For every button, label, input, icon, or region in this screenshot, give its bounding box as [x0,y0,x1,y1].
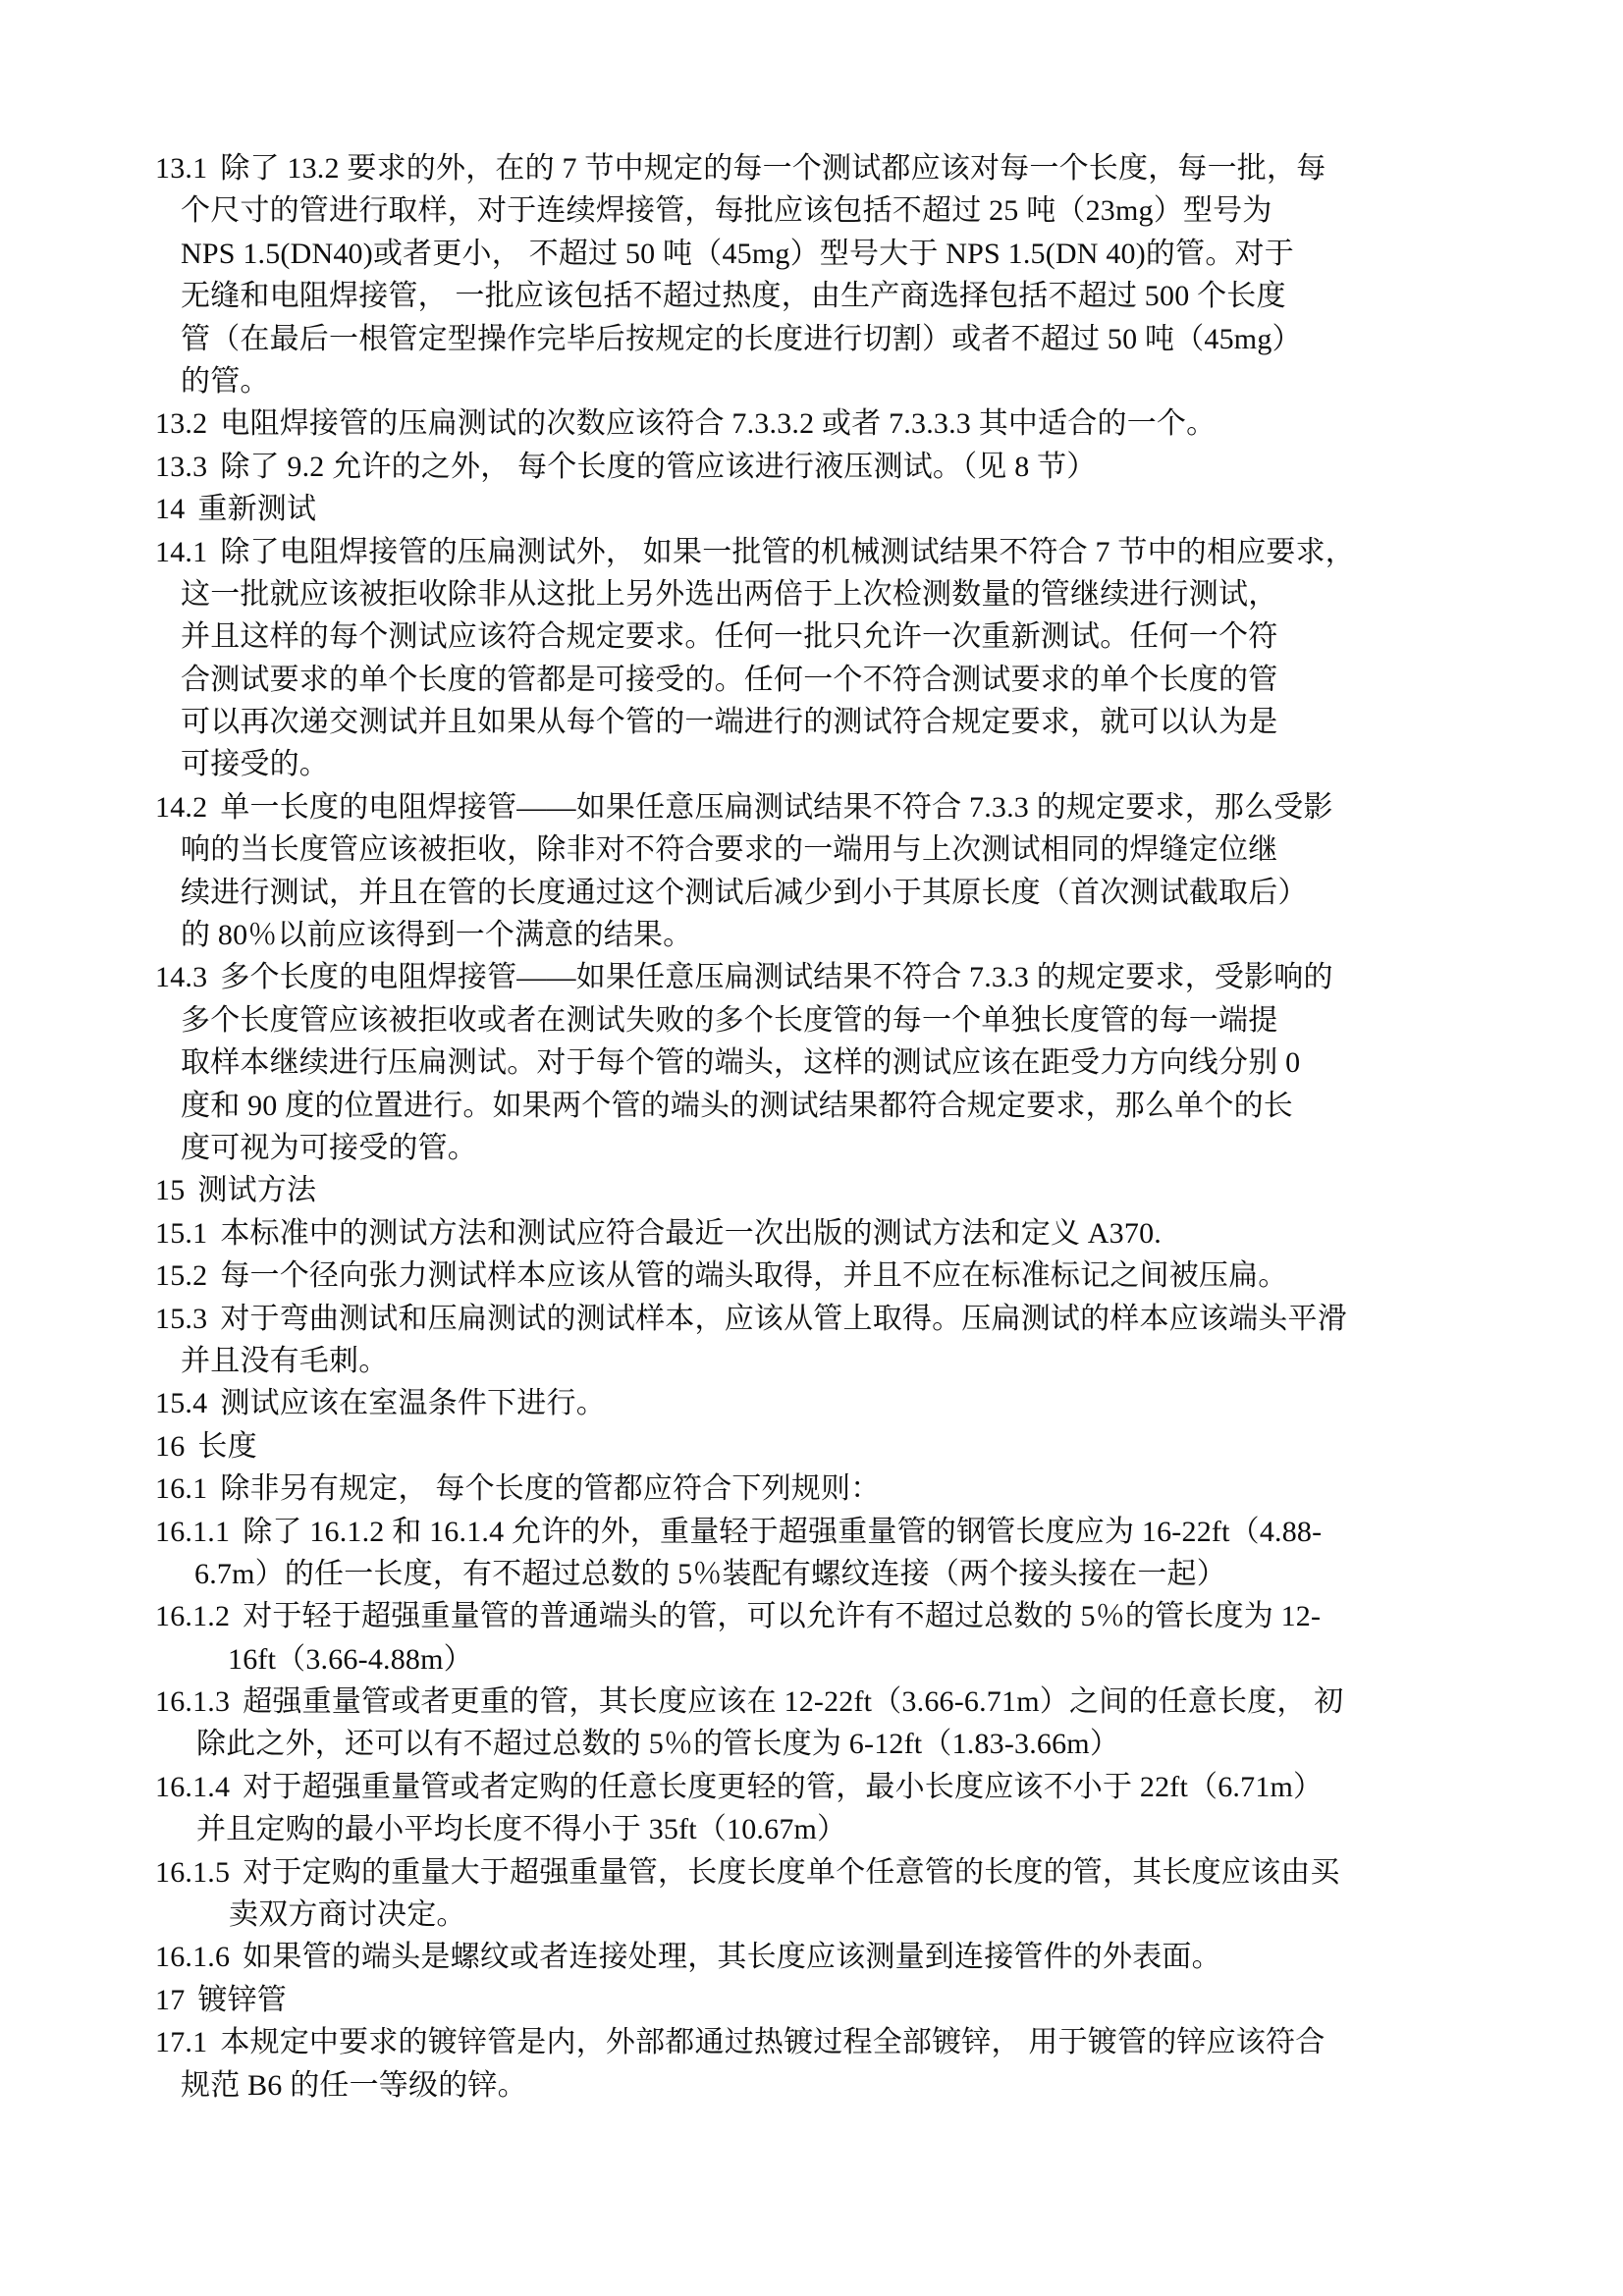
paragraph-continuation-line: 卖双方商讨决定。 [0,1894,1623,1936]
section-number: 15 [155,1169,185,1211]
paragraph-text: 除非另有规定， 每个长度的管都应符合下列规则： [220,1472,880,1505]
section-number: 14 [155,488,185,530]
paragraph-continuation-line: 16ft（3.66-4.88m） [0,1638,1623,1681]
paragraph-first-line: 16.1除非另有规定， 每个长度的管都应符合下列规则： [0,1468,1623,1510]
paragraph-continuation-line: 度和 90 度的位置进行。如果两个管的端头的测试结果都符合规定要求，那么单个的长 [0,1085,1623,1127]
paragraph-text: 测试方法 [197,1174,316,1206]
section-number: 16.1.3 [155,1681,230,1723]
paragraph-continuation-line: 规范 B6 的任一等级的锌。 [0,2064,1623,2107]
paragraph-continuation-line: 可以再次递交测试并且如果从每个管的一端进行的测试符合规定要求，就可以认为是 [0,701,1623,743]
paragraph-continuation-line: 多个长度管应该被拒收或者在测试失败的多个长度管的每一个单独长度管的每一端提 [0,999,1623,1041]
paragraph-first-line: 16.1.1除了 16.1.2 和 16.1.4 允许的外，重量轻于超强重量管的… [0,1511,1623,1553]
paragraph-text: 除了 16.1.2 和 16.1.4 允许的外，重量轻于超强重量管的钢管长度应为… [243,1516,1322,1548]
paragraph-text: 单一长度的电阻焊接管——如果任意压扁测试结果不符合 7.3.3 的规定要求，那么… [220,791,1332,824]
paragraph-text: 对于超强重量管或者定购的任意长度更轻的管，最小长度应该不小于 22ft（6.71… [243,1771,1323,1803]
section-number: 16.1 [155,1468,207,1510]
section-number: 14.2 [155,786,207,828]
paragraph-continuation-line: 6.7m）的任一长度，有不超过总数的 5％装配有螺纹连接（两个接头接在一起） [0,1553,1623,1595]
document-page: 13.1除了 13.2 要求的外，在的 7 节中规定的每一个测试都应该对每一个长… [0,0,1623,2296]
paragraph-first-line: 16.1.5对于定购的重量大于超强重量管，长度长度单个任意管的长度的管，其长度应… [0,1851,1623,1894]
paragraph-continuation-line: 的管。 [0,360,1623,402]
paragraph-continuation-line: 管（在最后一根管定型操作完毕后按规定的长度进行切割）或者不超过 50 吨（45m… [0,318,1623,360]
paragraph-first-line: 17镀锌管 [0,1979,1623,2021]
paragraph-first-line: 16.1.3超强重量管或者更重的管，其长度应该在 12-22ft（3.66-6.… [0,1681,1623,1723]
section-number: 13.2 [155,402,207,445]
section-number: 15.3 [155,1298,207,1340]
paragraph-continuation-line: 个尺寸的管进行取样，对于连续焊接管，每批应该包括不超过 25 吨（23mg）型号… [0,189,1623,232]
paragraph-first-line: 15.3对于弯曲测试和压扁测试的测试样本，应该从管上取得。压扁测试的样本应该端头… [0,1298,1623,1340]
paragraph-continuation-line: 续进行测试，并且在管的长度通过这个测试后减少到小于其原长度（首次测试截取后） [0,872,1623,914]
paragraph-continuation-line: NPS 1.5(DN40)或者更小， 不超过 50 吨（45mg）型号大于 NP… [0,233,1623,275]
paragraph-first-line: 16.1.4对于超强重量管或者定购的任意长度更轻的管，最小长度应该不小于 22f… [0,1766,1623,1808]
paragraph-text: 本规定中要求的镀锌管是内，外部都通过热镀过程全部镀锌， 用于镀管的锌应该符合 [220,2026,1325,2058]
section-number: 13.3 [155,446,207,488]
paragraph-first-line: 14重新测试 [0,488,1623,530]
section-number: 15.4 [155,1382,207,1424]
paragraph-text: 如果管的端头是螺纹或者连接处理，其长度应该测量到连接管件的外表面。 [243,1941,1221,1973]
paragraph-text: 除了 13.2 要求的外，在的 7 节中规定的每一个测试都应该对每一个长度，每一… [220,152,1325,185]
paragraph-text: 对于弯曲测试和压扁测试的测试样本，应该从管上取得。压扁测试的样本应该端头平滑 [220,1303,1347,1335]
paragraph-first-line: 13.3除了 9.2 允许的之外， 每个长度的管应该进行液压测试。（见 8 节） [0,446,1623,488]
paragraph-continuation-line: 可接受的。 [0,743,1623,785]
section-number: 16.1.2 [155,1595,230,1637]
section-number: 15.2 [155,1255,207,1297]
paragraph-continuation-line: 这一批就应该被拒收除非从这批上另外选出两倍于上次检测数量的管继续进行测试， [0,573,1623,615]
section-number: 17 [155,1979,185,2021]
paragraph-text: 多个长度的电阻焊接管——如果任意压扁测试结果不符合 7.3.3 的规定要求，受影… [220,961,1332,993]
paragraph-continuation-line: 并且定购的最小平均长度不得小于 35ft（10.67m） [0,1808,1623,1850]
paragraph-text: 测试应该在室温条件下进行。 [220,1387,606,1419]
paragraph-first-line: 13.1除了 13.2 要求的外，在的 7 节中规定的每一个测试都应该对每一个长… [0,147,1623,189]
paragraph-first-line: 16.1.2对于轻于超强重量管的普通端头的管，可以允许有不超过总数的 5％的管长… [0,1595,1623,1637]
paragraph-text: 对于轻于超强重量管的普通端头的管，可以允许有不超过总数的 5％的管长度为 12- [243,1600,1321,1632]
paragraph-text: 除了 9.2 允许的之外， 每个长度的管应该进行液压测试。（见 8 节） [220,451,1096,483]
paragraph-text: 超强重量管或者更重的管，其长度应该在 12-22ft（3.66-6.71m）之间… [243,1685,1343,1718]
paragraph-text: 除了电阻焊接管的压扁测试外， 如果一批管的机械测试结果不符合 7 节中的相应要求… [220,536,1355,568]
paragraph-first-line: 16.1.6如果管的端头是螺纹或者连接处理，其长度应该测量到连接管件的外表面。 [0,1936,1623,1978]
paragraph-text: 长度 [197,1430,256,1463]
paragraph-continuation-line: 无缝和电阻焊接管， 一批应该包括不超过热度，由生产商选择包括不超过 500 个长… [0,275,1623,317]
section-number: 14.3 [155,956,207,998]
paragraph-first-line: 14.1除了电阻焊接管的压扁测试外， 如果一批管的机械测试结果不符合 7 节中的… [0,531,1623,573]
section-number: 17.1 [155,2021,207,2063]
paragraph-first-line: 15.1本标准中的测试方法和测试应符合最近一次出版的测试方法和定义 A370. [0,1212,1623,1255]
paragraph-text: 电阻焊接管的压扁测试的次数应该符合 7.3.3.2 或者 7.3.3.3 其中适… [220,407,1216,440]
section-number: 16 [155,1425,185,1468]
paragraph-first-line: 17.1本规定中要求的镀锌管是内，外部都通过热镀过程全部镀锌， 用于镀管的锌应该… [0,2021,1623,2063]
section-number: 16.1.5 [155,1851,230,1894]
paragraph-first-line: 15.2每一个径向张力测试样本应该从管的端头取得，并且不应在标准标记之间被压扁。 [0,1255,1623,1297]
section-number: 13.1 [155,147,207,189]
paragraph-first-line: 14.3多个长度的电阻焊接管——如果任意压扁测试结果不符合 7.3.3 的规定要… [0,956,1623,998]
paragraph-first-line: 14.2单一长度的电阻焊接管——如果任意压扁测试结果不符合 7.3.3 的规定要… [0,786,1623,828]
paragraph-text: 镀锌管 [197,1984,287,2016]
section-number: 14.1 [155,531,207,573]
paragraph-continuation-line: 响的当长度管应该被拒收，除非对不符合要求的一端用与上次测试相同的焊缝定位继 [0,828,1623,871]
document-body: 13.1除了 13.2 要求的外，在的 7 节中规定的每一个测试都应该对每一个长… [0,147,1623,2107]
paragraph-first-line: 13.2电阻焊接管的压扁测试的次数应该符合 7.3.3.2 或者 7.3.3.3… [0,402,1623,445]
paragraph-continuation-line: 度可视为可接受的管。 [0,1127,1623,1169]
paragraph-continuation-line: 取样本继续进行压扁测试。对于每个管的端头，这样的测试应该在距受力方向线分别 0 [0,1041,1623,1084]
section-number: 16.1.4 [155,1766,230,1808]
paragraph-continuation-line: 的 80％以前应该得到一个满意的结果。 [0,914,1623,956]
paragraph-continuation-line: 除此之外，还可以有不超过总数的 5％的管长度为 6-12ft（1.83-3.66… [0,1723,1623,1765]
paragraph-continuation-line: 并且这样的每个测试应该符合规定要求。任何一批只允许一次重新测试。任何一个符 [0,615,1623,658]
paragraph-first-line: 15.4测试应该在室温条件下进行。 [0,1382,1623,1424]
paragraph-continuation-line: 合测试要求的单个长度的管都是可接受的。任何一个不符合测试要求的单个长度的管 [0,659,1623,701]
paragraph-text: 重新测试 [197,493,316,525]
section-number: 16.1.6 [155,1936,230,1978]
section-number: 15.1 [155,1212,207,1255]
paragraph-text: 本标准中的测试方法和测试应符合最近一次出版的测试方法和定义 A370. [220,1217,1162,1250]
section-number: 16.1.1 [155,1511,230,1553]
paragraph-continuation-line: 并且没有毛刺。 [0,1340,1623,1382]
paragraph-text: 每一个径向张力测试样本应该从管的端头取得，并且不应在标准标记之间被压扁。 [220,1259,1287,1292]
paragraph-first-line: 15测试方法 [0,1169,1623,1211]
paragraph-first-line: 16长度 [0,1425,1623,1468]
paragraph-text: 对于定购的重量大于超强重量管，长度长度单个任意管的长度的管，其长度应该由买 [243,1856,1339,1889]
